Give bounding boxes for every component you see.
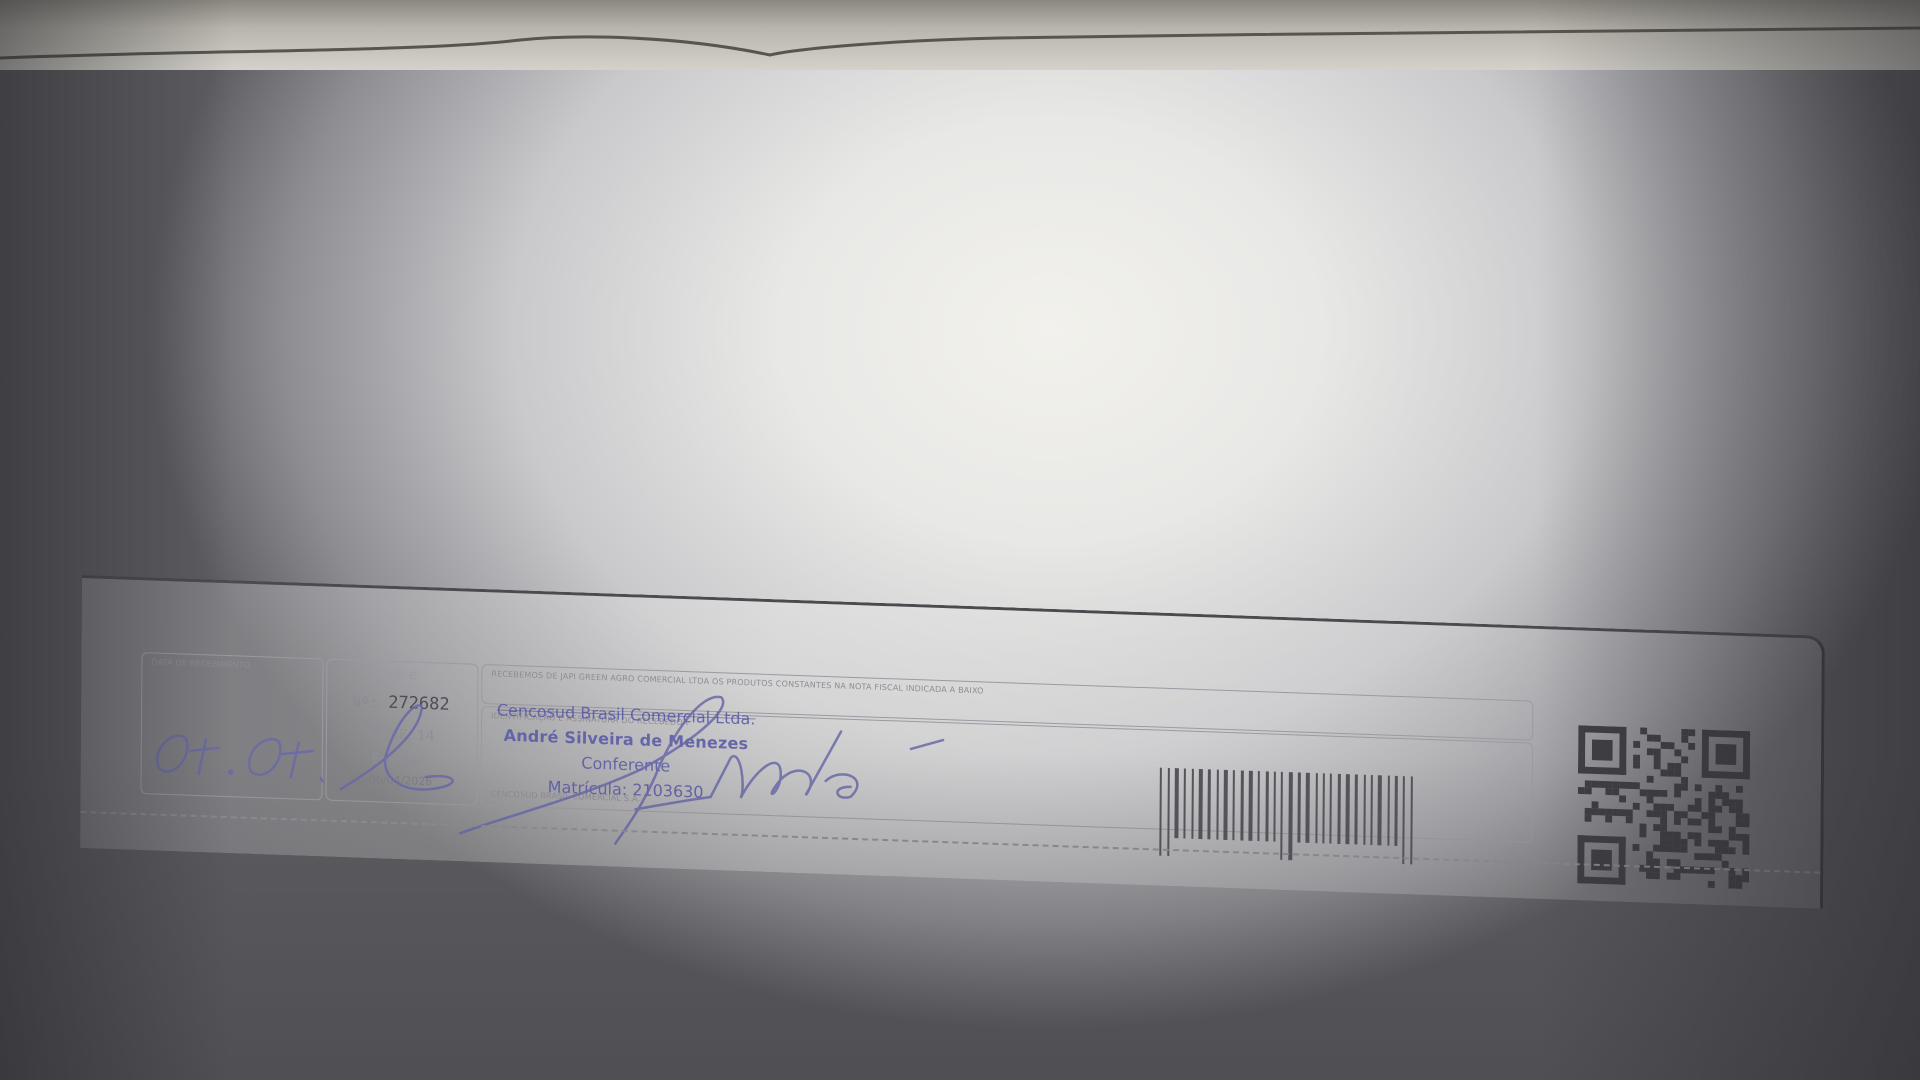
handwritten-ink	[80, 575, 1822, 936]
signature-scribble	[460, 688, 723, 847]
handwritten-date	[157, 735, 187, 772]
paper-fold-line	[0, 0, 1920, 80]
receipt-stub: DATA DE RECEBIMENTO NF-e Nº: 272682 SÉRI…	[80, 575, 1822, 936]
